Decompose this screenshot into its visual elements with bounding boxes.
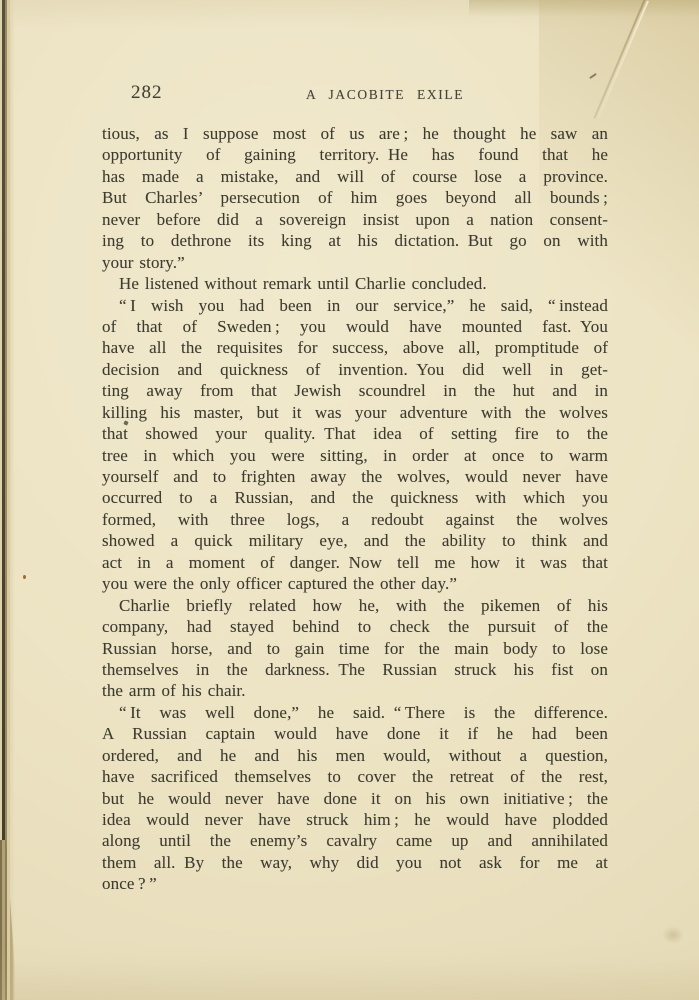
text-block: tious, as I suppose most of us are ; he … bbox=[102, 123, 608, 895]
page-number: 282 bbox=[131, 82, 163, 104]
text-line: act in a moment of danger. Now tell me h… bbox=[102, 552, 608, 573]
text-line: that showed your quality. That idea of s… bbox=[102, 423, 608, 444]
text-line: decision and quickness of invention. You… bbox=[102, 359, 608, 380]
text-line: once ? ” bbox=[102, 873, 608, 894]
text-line: showed a quick military eye, and the abi… bbox=[102, 530, 608, 551]
text-line: but he would never have done it on his o… bbox=[102, 788, 608, 809]
running-header: A JACOBITE EXILE bbox=[306, 87, 464, 103]
text-line: opportunity of gaining territory. He has… bbox=[102, 144, 608, 165]
text-line: never before did a sovereign insist upon… bbox=[102, 209, 608, 230]
text-line: A Russian captain would have done it if … bbox=[102, 723, 608, 744]
text-line: But Charles’ persecution of him goes bey… bbox=[102, 187, 608, 208]
text-line: “ It was well done,” he said. “ There is… bbox=[102, 702, 608, 723]
text-line: along until the enemy’s cavalry came up … bbox=[102, 830, 608, 851]
text-line: formed, with three logs, a redoubt again… bbox=[102, 509, 608, 530]
text-line: have all the requisites for success, abo… bbox=[102, 337, 608, 358]
text-line: ting away from that Jewish scoundrel in … bbox=[102, 380, 608, 401]
text-line: company, had stayed behind to check the … bbox=[102, 616, 608, 637]
text-line: Charlie briefly related how he, with the… bbox=[102, 595, 608, 616]
text-line: tree in which you were sitting, in order… bbox=[102, 445, 608, 466]
bottom-shading bbox=[0, 940, 699, 1000]
text-line: you were the only officer captured the o… bbox=[102, 573, 608, 594]
text-line: themselves in the darkness. The Russian … bbox=[102, 659, 608, 680]
text-line: He listened without remark until Charlie… bbox=[102, 273, 608, 294]
text-line: has made a mistake, and will of course l… bbox=[102, 166, 608, 187]
rust-speck bbox=[23, 575, 26, 579]
book-page: 282 A JACOBITE EXILE tious, as I suppose… bbox=[0, 0, 699, 1000]
text-line: “ I wish you had been in our service,” h… bbox=[102, 295, 608, 316]
text-line: have sacrificed themselves to cover the … bbox=[102, 766, 608, 787]
text-line: ing to dethrone its king at his dictatio… bbox=[102, 230, 608, 251]
text-line: the arm of his chair. bbox=[102, 680, 608, 701]
text-line: killing his master, but it was your adve… bbox=[102, 402, 608, 423]
text-line: occurred to a Russian, and the quickness… bbox=[102, 487, 608, 508]
text-line: idea would never have struck him ; he wo… bbox=[102, 809, 608, 830]
text-line: yourself and to frighten away the wolves… bbox=[102, 466, 608, 487]
text-line: them all. By the way, why did you not as… bbox=[102, 852, 608, 873]
text-line: your story.” bbox=[102, 252, 608, 273]
text-line: of that of Sweden ; you would have mount… bbox=[102, 316, 608, 337]
binding-edge bbox=[10, 0, 15, 1000]
text-line: tious, as I suppose most of us are ; he … bbox=[102, 123, 608, 144]
text-line: ordered, and he and his men would, witho… bbox=[102, 745, 608, 766]
text-line: Russian horse, and to gain time for the … bbox=[102, 638, 608, 659]
